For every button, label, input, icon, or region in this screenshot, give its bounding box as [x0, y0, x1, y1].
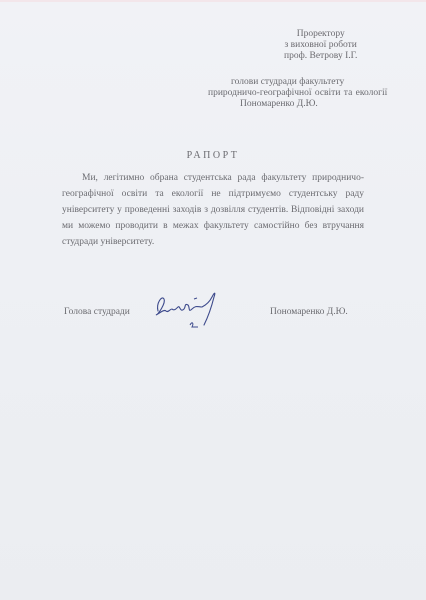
addressee-department: з виховної роботи [284, 40, 357, 51]
document-page: Проректору з виховної роботи проф. Ветро… [0, 0, 426, 600]
document-title: РАПОРТ [0, 150, 426, 161]
signature-label: Голова студради [64, 307, 130, 317]
sender-position: голови студради факультету [231, 77, 344, 88]
handwritten-signature-icon [150, 287, 230, 336]
addressee-title: Проректору [284, 29, 357, 40]
document-body: Ми, легітимно обрана студентська рада фа… [62, 170, 364, 250]
sender-faculty: природничо-географічної освіти та еколог… [208, 88, 387, 99]
sender-name: Пономаренко Д.Ю. [240, 99, 318, 110]
signature-name: Пономаренко Д.Ю. [270, 307, 348, 317]
addressee-name: проф. Ветрову І.Г. [284, 51, 357, 62]
addressee-block: Проректору з виховної роботи проф. Ветро… [284, 29, 357, 62]
